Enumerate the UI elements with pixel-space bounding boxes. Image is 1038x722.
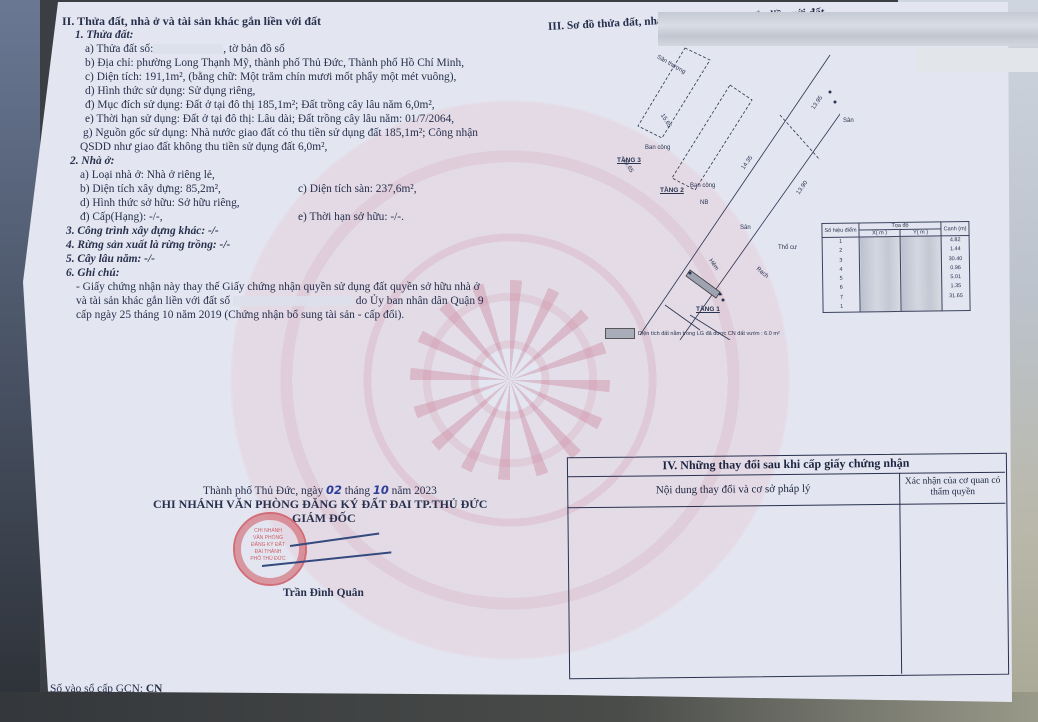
land-origin: g) Nguồn gốc sử dụng: Nhà nước giao đất … [83,127,478,140]
house-floor-area: c) Diện tích sàn: 237,6m², [298,183,417,196]
edge-length: 4.82 [944,236,967,246]
label-residential: Thổ cư [778,245,797,251]
edge-length: 0.96 [944,264,967,274]
land-area: c) Diện tích: 191,1m², (bằng chữ: Một tr… [85,71,456,84]
col-point: Số hiệu điểm [822,223,859,238]
point-id: 1 [825,303,857,313]
edge-length: 5.01 [944,273,967,283]
label-yard-2: Sân [843,118,854,124]
changes-table: IV. Những thay đổi sau khi cấp giấy chứn… [567,453,1007,678]
edge-length: 1.44 [944,245,967,255]
land-heading: 1. Thửa đất: [75,29,133,42]
house-building-area: b) Diện tích xây dựng: 85,2m², [80,183,221,196]
house-ownership-term: e) Thời hạn sở hữu: -/-. [298,211,404,224]
edge-length: 30.40 [944,255,967,265]
col-edge: Cạnh (m) [941,221,969,235]
floor-3-label: TẦNG 3 [617,157,641,164]
point-id: 7 [825,293,857,303]
point-id: 6 [825,284,857,294]
registry-number: Số vào sổ cấp GCN: CN [50,683,162,696]
notes-heading: 6. Ghi chú: [66,267,119,280]
label-balcony-2: Ban công [690,183,715,189]
signer-role: GIÁM ĐỐC [292,512,356,525]
label-balcony-3: Ban công [645,145,670,151]
label-nb: NB [700,200,708,206]
point-id: 3 [825,256,857,266]
floor-2-label: TẦNG 2 [660,187,684,194]
land-use-form: d) Hình thức sử dụng: Sử dụng riêng, [85,85,255,98]
point-list: 12345671 [822,237,860,313]
land-origin-cont: QSDD như giao đất không thu tiền sử dụng… [80,141,327,154]
point-id: 1 [825,238,857,248]
house-type: a) Loại nhà ở: Nhà ở riêng lẻ, [80,169,215,182]
land-parcel-number: a) Thửa đất số:, tờ bản đồ số [85,43,285,56]
signer-name: Trần Đình Quân [283,587,364,600]
land-use-term: e) Thời hạn sử dụng: Đất ở tại đô thị: L… [85,113,454,126]
edge-length [945,301,968,311]
diagram-legend: Diện tích đất nằm trong LG đã được CN đấ… [605,328,780,339]
redacted-certificate-number [233,296,353,306]
house-grade: đ) Cấp(Hạng): -/-, [80,211,163,224]
issuing-office: CHI NHÁNH VĂN PHÒNG ĐĂNG KÝ ĐẤT ĐAI TP.T… [153,498,487,511]
perennial-trees: 5. Cây lâu năm: -/- [66,253,155,266]
redacted-x [859,236,901,312]
section2-title: II. Thửa đất, nhà ở và tài sản khác gắn … [62,15,321,28]
notes-line-2: và tài sản khác gắn liền với đất số do Ủ… [76,295,484,308]
redacted-region [915,48,1038,72]
edge-length: 1.35 [944,282,967,292]
point-id: 2 [825,247,857,257]
point-id: 4 [825,265,857,275]
redacted-parcel [153,44,223,54]
legend-swatch-icon [605,328,635,339]
land-use-purpose: đ) Mục đích sử dụng: Đất ở tại đô thị 18… [85,99,435,112]
stamp-text: CHI NHÁNH VĂN PHÒNG ĐĂNG KÝ ĐẤT ĐAI THÀN… [250,528,286,563]
place-date: Thành phố Thủ Đức, ngày 02 tháng 10 năm … [203,484,437,498]
label-yard: Sân [740,225,751,231]
house-ownership: d) Hình thức sở hữu: Sở hữu riêng, [80,197,240,210]
point-id: 5 [825,275,857,285]
redacted-y [900,236,942,312]
floor-1-label: TẦNG 1 [696,306,720,313]
land-address: b) Địa chỉ: phường Long Thạnh Mỹ, thành … [85,57,464,70]
notes-line-3: cấp ngày 25 tháng 10 năm 2019 (Chứng nhậ… [76,309,404,322]
house-heading: 2. Nhà ở: [70,155,114,168]
other-construction: 3. Công trình xây dựng khác: -/- [66,225,219,238]
col-change-content: Nội dung thay đổi và cơ sở pháp lý [567,473,900,508]
edge-list: 4.821.4430.400.965.011.3531.65 [941,235,970,311]
edge-length: 31.65 [944,292,967,302]
coordinate-table: Số hiệu điểm Tọa độ Cạnh (m) X( m ) Y( m… [821,221,970,313]
production-forest: 4. Rừng sản xuất là rừng trồng: -/- [66,239,230,252]
notes-line-1: - Giấy chứng nhận này thay thế Giấy chứn… [76,281,480,294]
col-authority-confirmation: Xác nhận của cơ quan có thẩm quyền [900,472,1005,505]
